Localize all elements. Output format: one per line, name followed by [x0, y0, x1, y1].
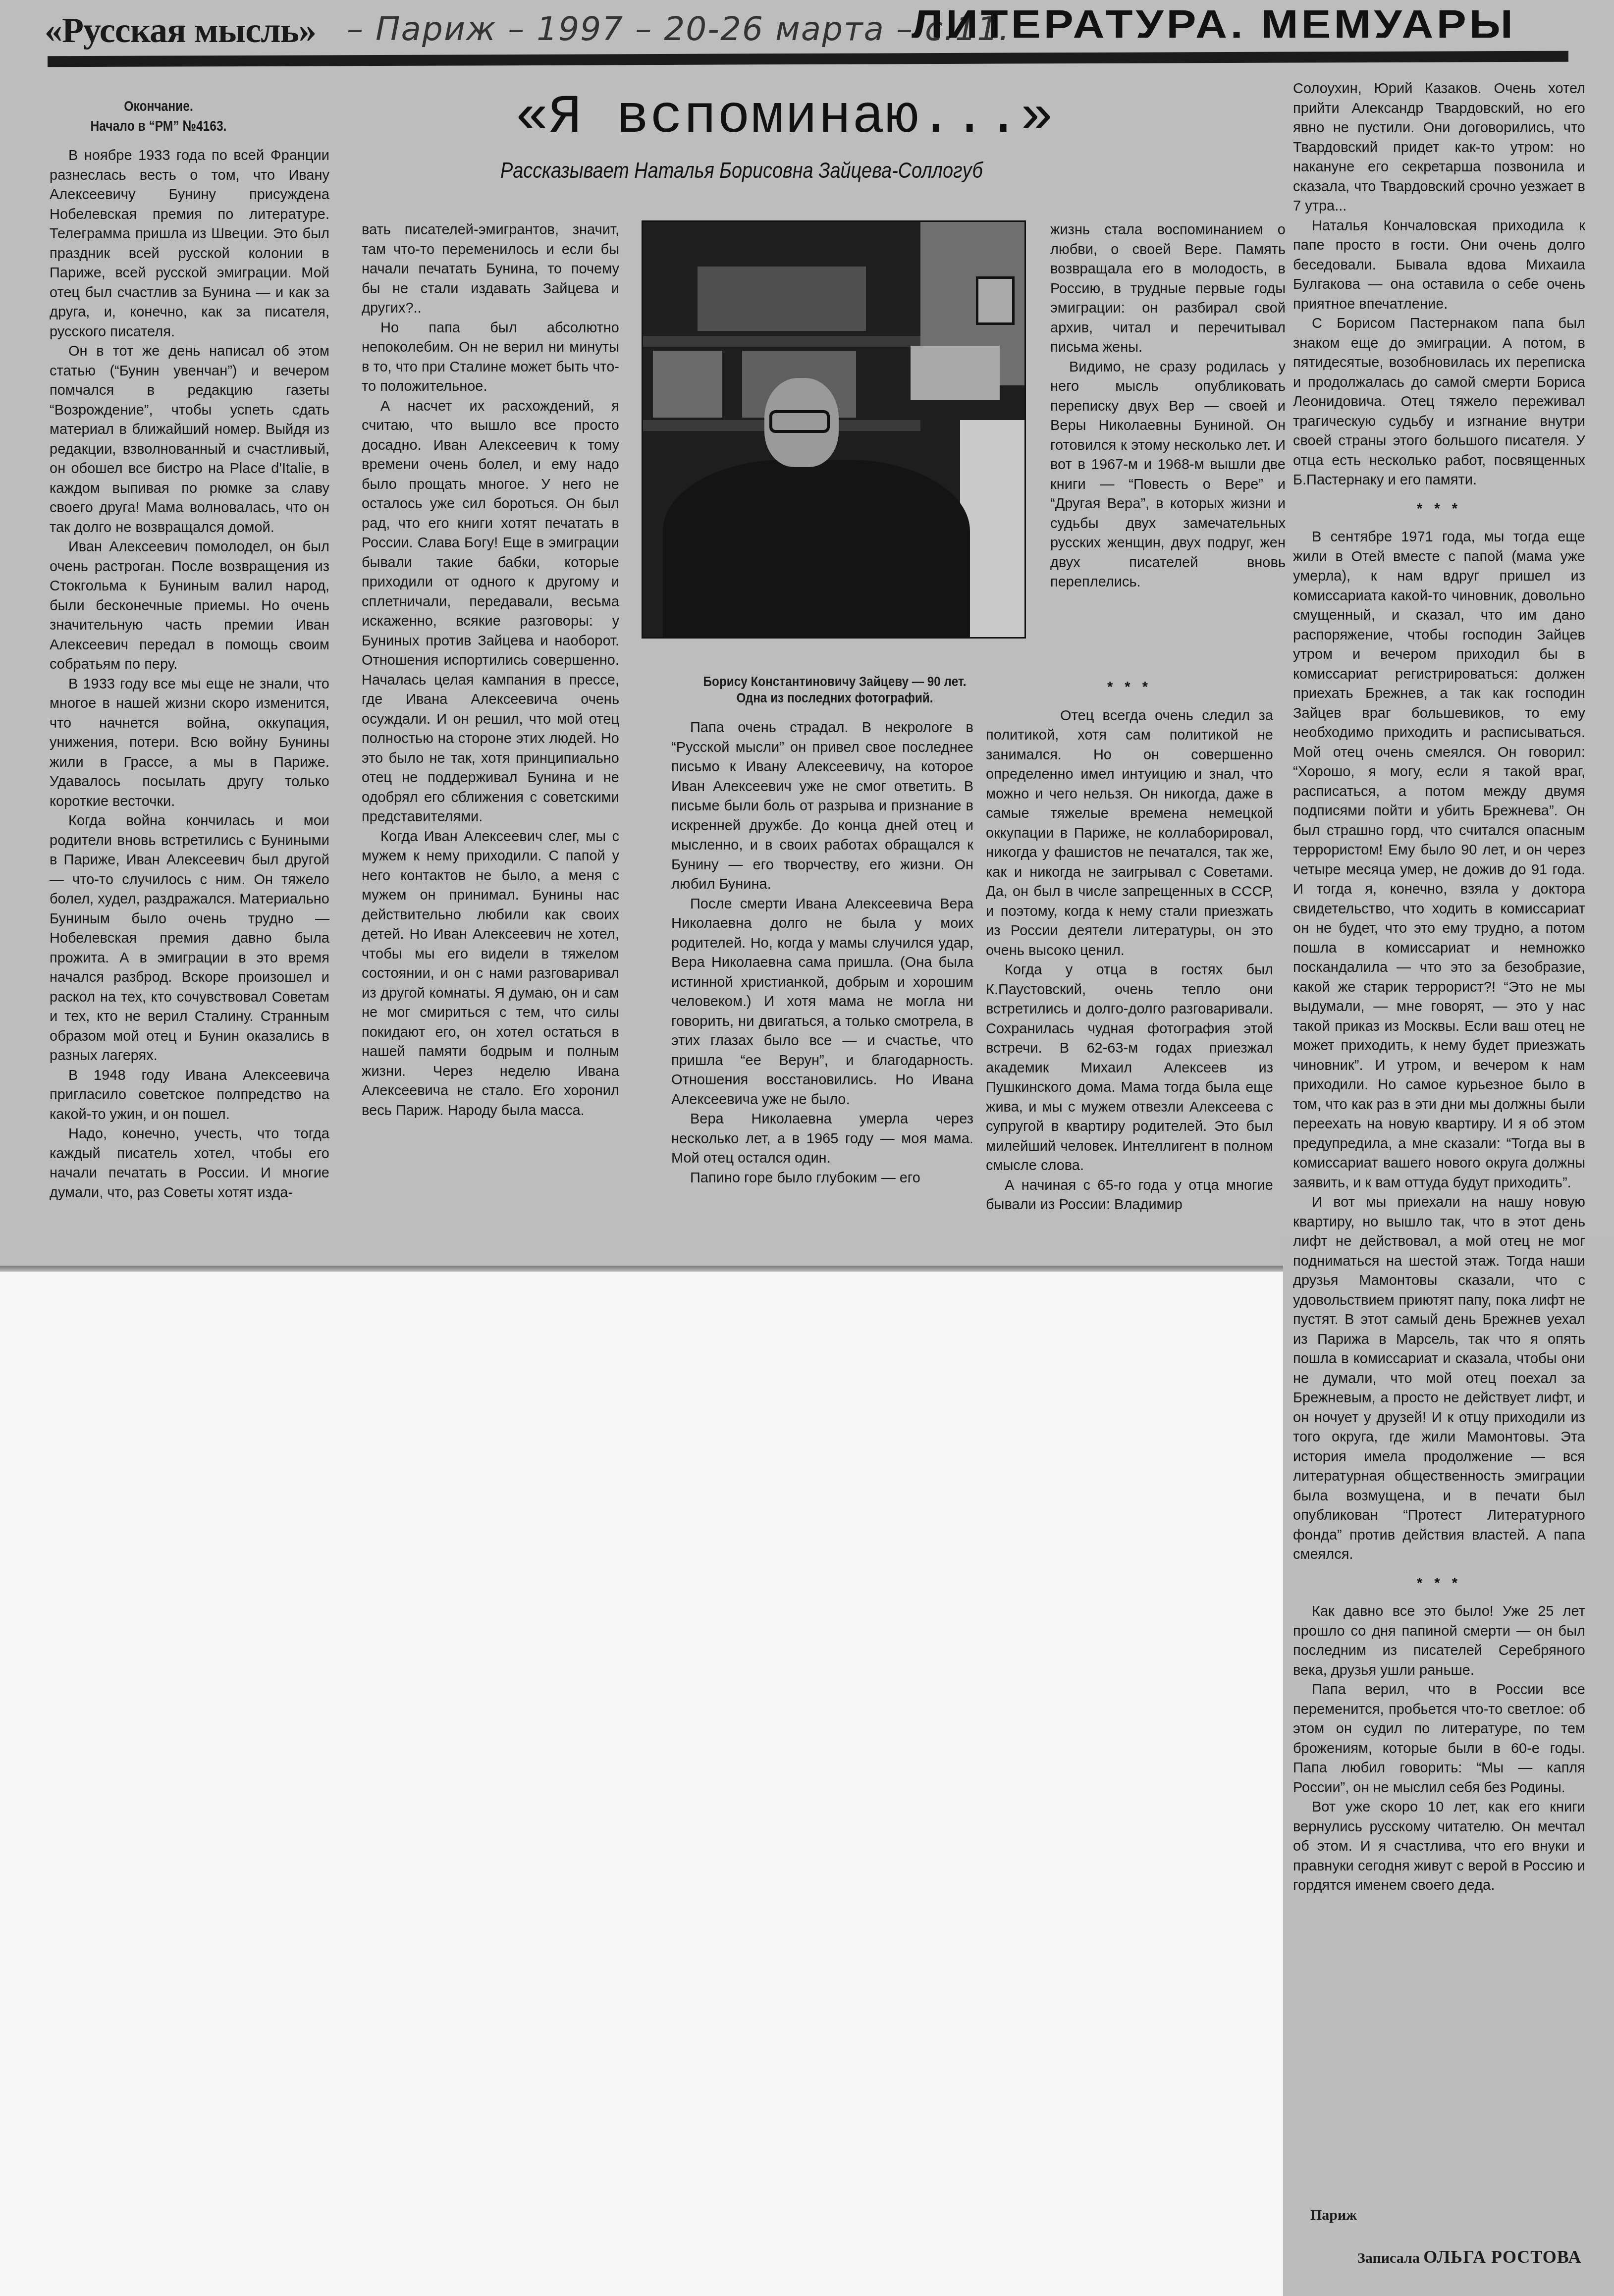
continuation-line-2: Начало в “РМ” №4163. [73, 116, 244, 136]
stack-of-papers [911, 346, 1000, 400]
photo-caption: Борису Константиновичу Зайцеву — 90 лет.… [663, 674, 1007, 706]
section-separator: * * * [1293, 1574, 1585, 1594]
newspaper-masthead: «Русская мысль» [45, 10, 316, 51]
article-title: «Я вспоминаю...» [515, 87, 1054, 149]
blank-paper-area [0, 1268, 1283, 2296]
torn-paper-edge [0, 1266, 1283, 1272]
caption-line-2: Одна из последних фотографий. [663, 690, 1007, 706]
paragraph: С Борисом Пастернаком папа был знаком ещ… [1293, 314, 1585, 490]
continuation-note: Окончание. Начало в “РМ” №4163. [73, 97, 244, 136]
glasses [769, 410, 830, 433]
bookshelf [643, 336, 920, 347]
paragraph: Когда Иван Алексеевич слег, мы с мужем к… [362, 827, 619, 1121]
paragraph: В 1933 году все мы еще не знали, что мно… [50, 675, 329, 812]
paragraph: Иван Алексеевич помолодел, он был очень … [50, 537, 329, 675]
byline-author: ОЛЬГА РОСТОВА [1423, 2247, 1581, 2267]
paragraph: Как давно все это было! Уже 25 лет прошл… [1293, 1602, 1585, 1680]
article-subtitle: Рассказывает Наталья Борисовна Зайцева-С… [500, 159, 983, 183]
paragraph: Когда война кончилась и мои родители вно… [50, 811, 329, 1066]
paragraph: Видимо, не сразу родилась у него мысль о… [1050, 358, 1286, 592]
paragraph: Но папа был абсолютно непоколебим. Он не… [362, 319, 619, 397]
article-column-2: вать писателей-эмигрантов, значит, там ч… [362, 220, 619, 1121]
paragraph: В ноябре 1933 года по всей Франции разне… [50, 146, 329, 342]
paragraph: Папа верил, что в России все переменится… [1293, 1680, 1585, 1798]
paragraph: А насчет их расхождений, я считаю, что в… [362, 397, 619, 827]
paragraph: Когда у отца в гостях был К.Паустовский,… [986, 961, 1273, 1176]
paragraph: И вот мы приехали на нашу новую квартиру… [1293, 1193, 1585, 1565]
framed-portrait [976, 276, 1015, 325]
byline-label: Записала [1357, 2250, 1420, 2266]
article-column-3: Папа очень страдал. В некрологе в “Русск… [671, 718, 973, 1188]
byline: Записала ОЛЬГА РОСТОВА [1357, 2246, 1582, 2267]
paragraph: А начиная с 65-го года у отца многие быв… [986, 1176, 1273, 1215]
section-separator: * * * [986, 678, 1273, 697]
article-column-4-bottom: * * * Отец всегда очень следил за полити… [986, 669, 1273, 1215]
paragraph: Папа очень страдал. В некрологе в “Русск… [671, 718, 973, 895]
paragraph: вать писателей-эмигрантов, значит, там ч… [362, 220, 619, 319]
paragraph: Наталья Кончаловская приходила к папе пр… [1293, 216, 1585, 315]
portrait-photo [642, 220, 1026, 639]
paragraph: Надо, конечно, учесть, что тогда каждый … [50, 1124, 329, 1203]
paragraph: Он в тот же день написал об этом статью … [50, 342, 329, 537]
continuation-line-1: Окончание. [73, 97, 244, 116]
article-column-5: Солоухин, Юрий Казаков. Очень хотел прий… [1293, 79, 1585, 1896]
section-heading: ЛИТЕРАТУРА, МЕМУАРЫ [912, 2, 1516, 38]
section-separator: * * * [1293, 499, 1585, 519]
paragraph: жизнь стала воспоминанием о любви, о сво… [1050, 220, 1286, 358]
paragraph: Папино горе было глубоким — его [671, 1169, 973, 1188]
handwritten-date-note: – Париж – 1997 – 20-26 марта – с.11. [347, 10, 1010, 48]
paragraph: Отец всегда очень следил за политикой, х… [986, 706, 1273, 961]
article-column-4-top: жизнь стала воспоминанием о любви, о сво… [1050, 220, 1286, 592]
books [653, 351, 722, 418]
man-figure [663, 460, 970, 638]
article-column-1: В ноябре 1933 года по всей Франции разне… [50, 146, 329, 1203]
paragraph: Вера Николаевна умерла через несколько л… [671, 1110, 973, 1169]
paragraph: В сентябре 1971 года, мы тогда еще жили … [1293, 528, 1585, 1193]
paragraph: В 1948 году Ивана Алексеевича пригласило… [50, 1066, 329, 1125]
dateline-city: Париж [1310, 2207, 1357, 2224]
paragraph: Солоухин, Юрий Казаков. Очень хотел прий… [1293, 79, 1585, 216]
paragraph: После смерти Ивана Алексеевича Вера Нико… [671, 895, 973, 1110]
paragraph: Вот уже скоро 10 лет, как его книги верн… [1293, 1798, 1585, 1896]
books [698, 267, 866, 331]
caption-line-1: Борису Константиновичу Зайцеву — 90 лет. [663, 674, 1007, 690]
